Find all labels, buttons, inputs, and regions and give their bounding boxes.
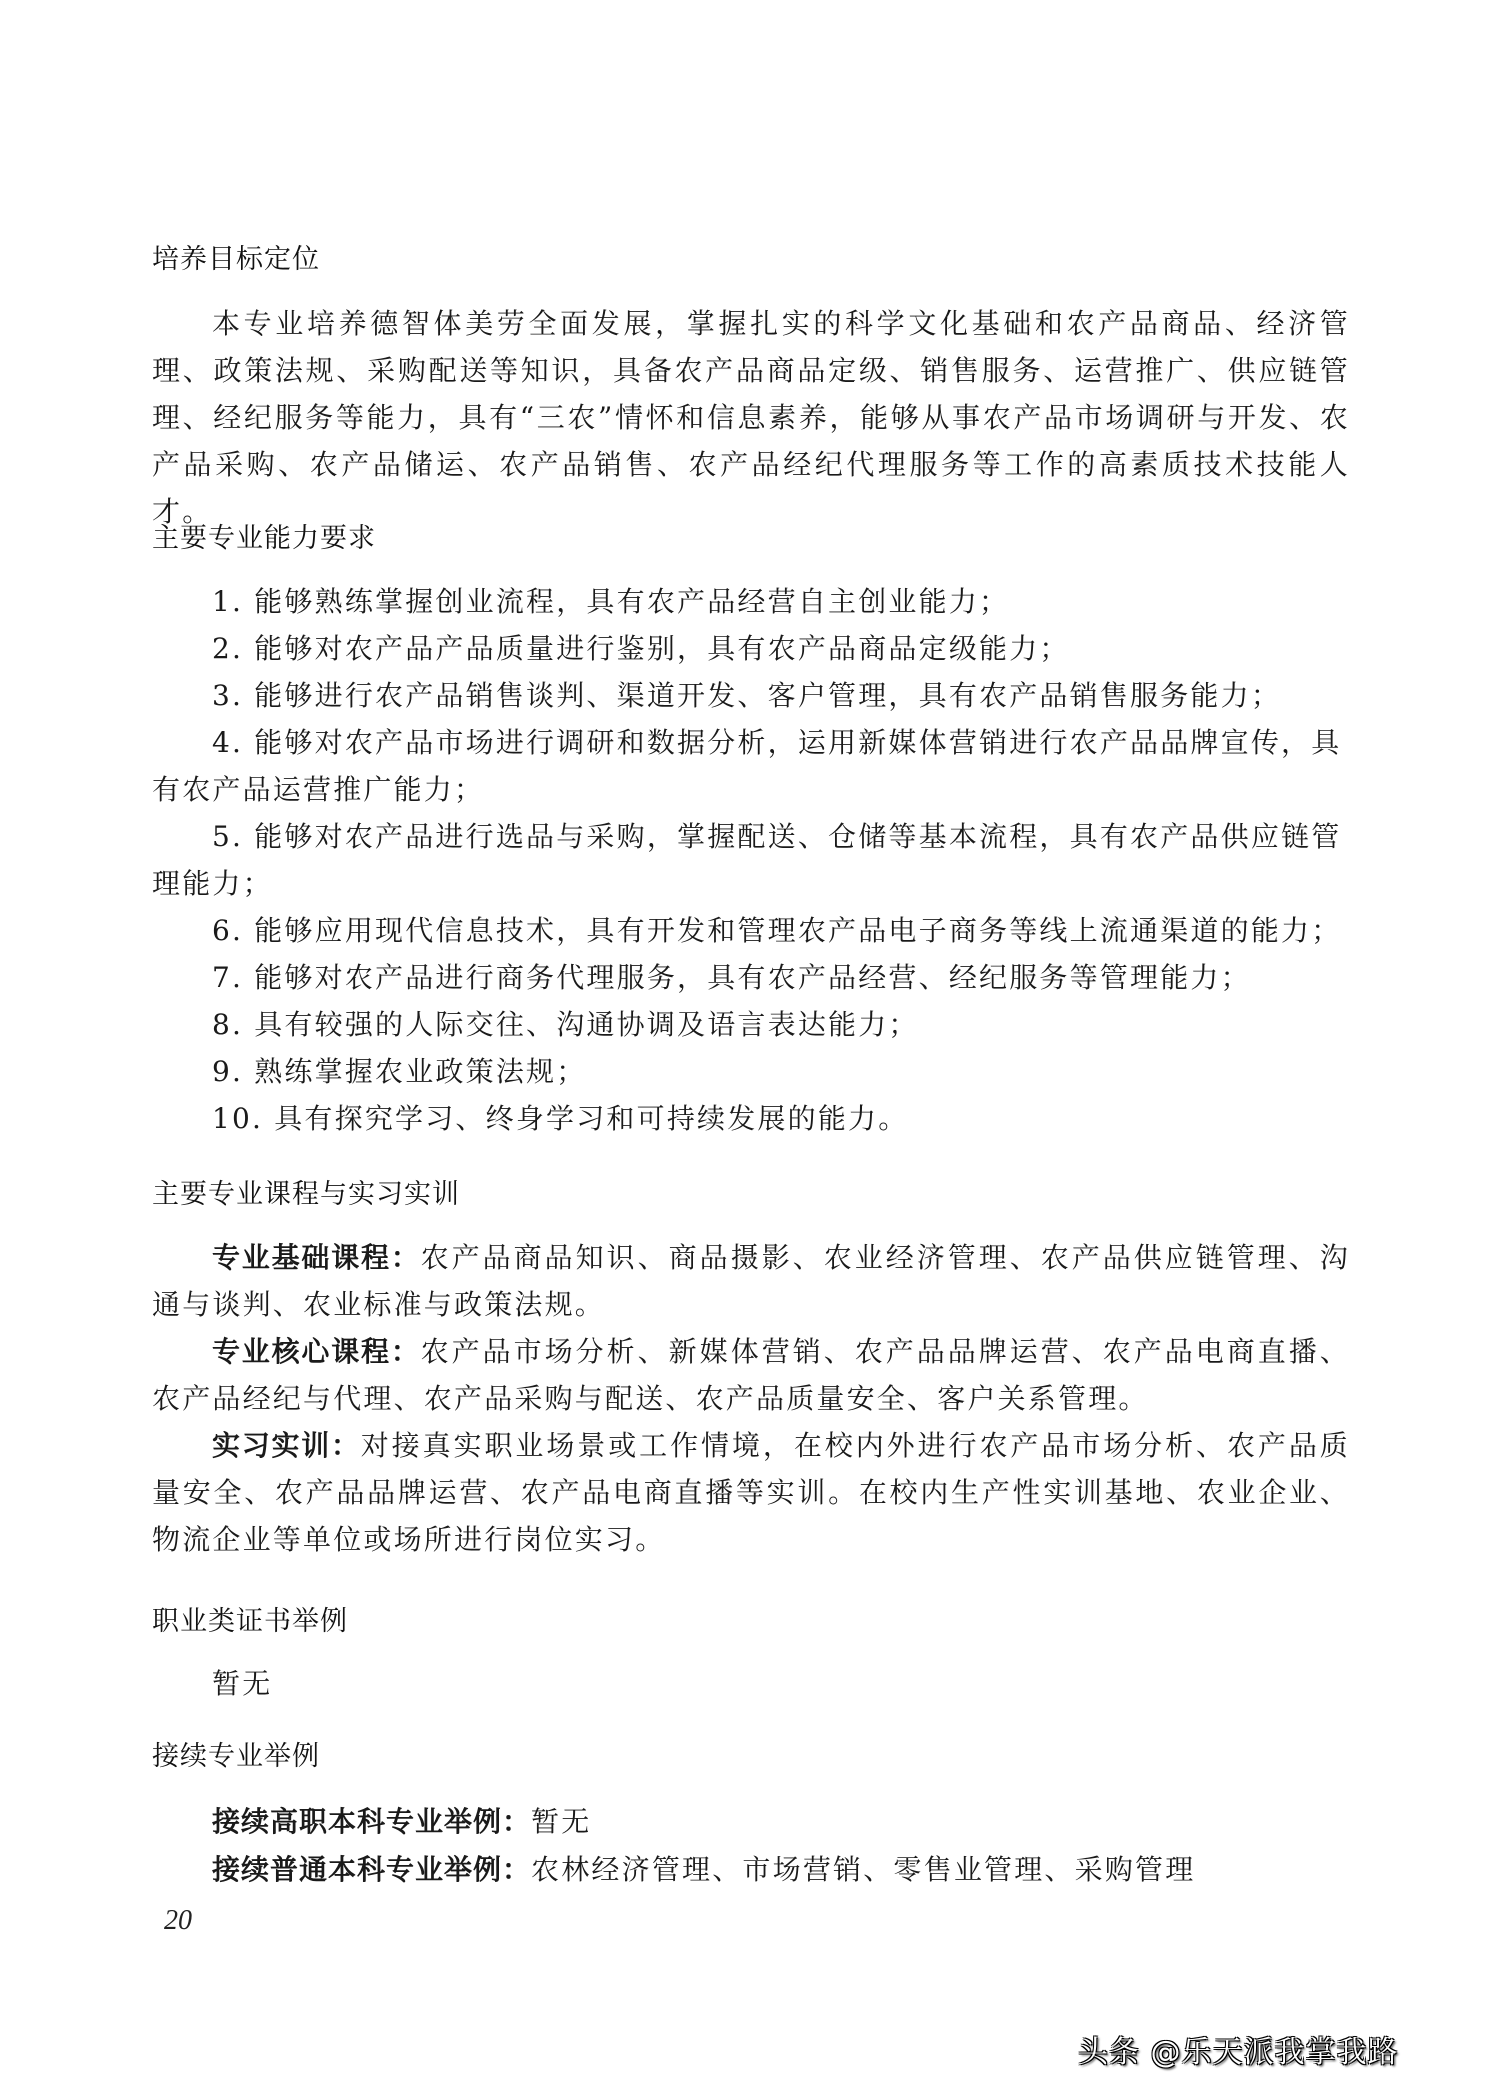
paragraph-practice: 实习实训：对接真实职业场景或工作情境，在校内外进行农产品市场分析、农产品质量安全…: [152, 1422, 1350, 1563]
ability-item-7: 7. 能够对农产品进行商务代理服务，具有农产品经营、经纪服务等管理能力；: [152, 954, 1350, 1001]
ability-item-5: 5. 能够对农产品进行选品与采购，掌握配送、仓储等基本流程，具有农产品供应链管理…: [152, 813, 1350, 907]
paragraph-training-goal: 本专业培养德智体美劳全面发展，掌握扎实的科学文化基础和农产品商品、经济管理、政策…: [152, 300, 1350, 535]
paragraph-basic-courses: 专业基础课程：农产品商品知识、商品摄影、农业经济管理、农产品供应链管理、沟通与谈…: [152, 1234, 1350, 1328]
ability-item-6: 6. 能够应用现代信息技术，具有开发和管理农产品电子商务等线上流通渠道的能力；: [152, 907, 1350, 954]
text-higher-vocational: 暂无: [531, 1805, 591, 1838]
heading-certificates: 职业类证书举例: [152, 1605, 348, 1639]
label-higher-vocational: 接续高职本科专业举例：: [212, 1805, 531, 1838]
label-core-courses: 专业核心课程：: [212, 1335, 421, 1368]
ability-item-9: 9. 熟练掌握农业政策法规；: [152, 1048, 1350, 1095]
ability-item-8: 8. 具有较强的人际交往、沟通协调及语言表达能力；: [152, 1001, 1350, 1048]
ability-item-10: 10. 具有探究学习、终身学习和可持续发展的能力。: [152, 1095, 1350, 1142]
ability-item-2: 2. 能够对农产品产品质量进行鉴别，具有农产品商品定级能力；: [152, 625, 1350, 672]
label-basic-courses: 专业基础课程：: [212, 1241, 421, 1274]
heading-abilities: 主要专业能力要求: [152, 522, 376, 556]
heading-courses: 主要专业课程与实习实训: [152, 1178, 460, 1212]
paragraph-higher-vocational: 接续高职本科专业举例：暂无: [152, 1798, 1350, 1845]
ability-item-1: 1. 能够熟练掌握创业流程，具有农产品经营自主创业能力；: [152, 578, 1350, 625]
text-certificates: 暂无: [152, 1660, 1350, 1707]
ability-item-3: 3. 能够进行农产品销售谈判、渠道开发、客户管理，具有农产品销售服务能力；: [152, 672, 1350, 719]
page-number: 20: [164, 1905, 192, 1937]
paragraph-core-courses: 专业核心课程：农产品市场分析、新媒体营销、农产品品牌运营、农产品电商直播、农产品…: [152, 1328, 1350, 1422]
text-general-undergrad: 农林经济管理、市场营销、零售业管理、采购管理: [531, 1853, 1195, 1886]
heading-continuation: 接续专业举例: [152, 1740, 320, 1774]
ability-item-4: 4. 能够对农产品市场进行调研和数据分析，运用新媒体营销进行农产品品牌宣传，具有…: [152, 719, 1350, 813]
heading-training-goal: 培养目标定位: [152, 243, 320, 277]
label-general-undergrad: 接续普通本科专业举例：: [212, 1853, 531, 1886]
watermark: 头条 @乐天派我掌我路: [1078, 2027, 1399, 2071]
paragraph-general-undergrad: 接续普通本科专业举例：农林经济管理、市场营销、零售业管理、采购管理: [152, 1846, 1350, 1893]
label-practice: 实习实训：: [212, 1429, 361, 1462]
